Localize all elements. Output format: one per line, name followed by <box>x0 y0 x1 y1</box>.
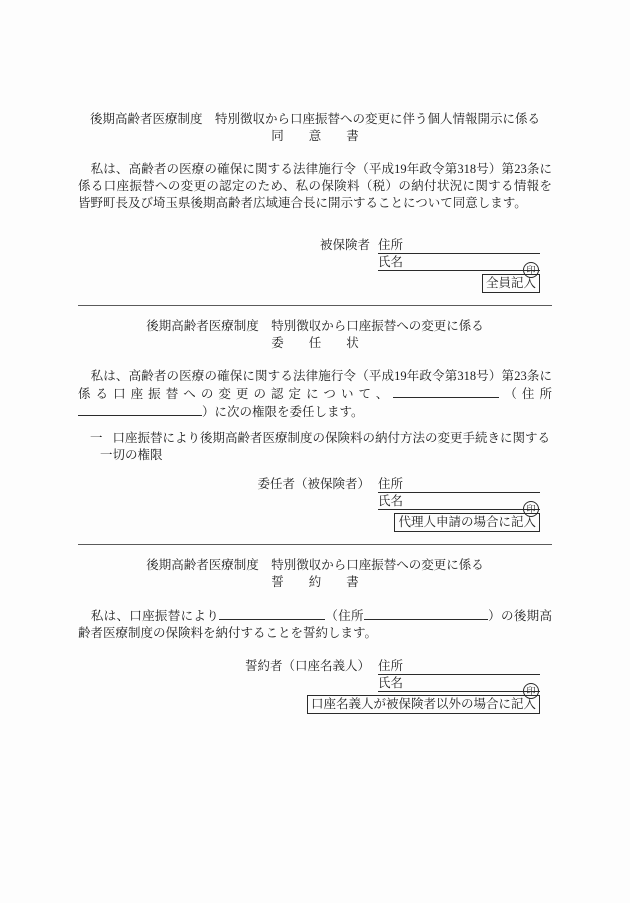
consent-title-line2: 同 意 書 <box>78 128 552 145</box>
consent-name-label: 氏名 <box>378 255 403 269</box>
poa-note-row: 代理人申請の場合に記入 <box>78 513 540 532</box>
section-power-of-attorney: 後期高齢者医療制度 特別徴収から口座振替への変更に係る 委 任 状 私は、高齢者… <box>78 318 552 532</box>
poa-proxy-name-blank-field <box>393 385 499 398</box>
consent-signer-fields: 住所 氏名 印 <box>378 237 540 271</box>
poa-name-field: 氏名 印 <box>378 493 540 510</box>
consent-paragraph: 私は、高齢者の医療の確保に関する法律施行令（平成19年政令第318号）第23条に… <box>78 161 552 212</box>
poa-signer-block: 委任者（被保険者） 住所 氏名 印 <box>78 476 540 510</box>
poa-title-line1: 後期高齢者医療制度 特別徴収から口座振替への変更に係る <box>78 318 552 335</box>
consent-address-field: 住所 <box>378 237 540 254</box>
pledge-signer-fields: 住所 氏名 印 <box>378 658 540 692</box>
pledge-note-row: 口座名義人が被保険者以外の場合に記入 <box>78 695 540 714</box>
seal-stamp-icon: 印 <box>523 501 539 517</box>
pledge-note-box: 口座名義人が被保険者以外の場合に記入 <box>307 695 540 714</box>
pledge-name-field: 氏名 印 <box>378 675 540 692</box>
pledge-signer-block: 誓約者（口座名義人） 住所 氏名 印 <box>78 658 540 692</box>
consent-address-label: 住所 <box>378 238 403 252</box>
document-page: 後期高齢者医療制度 特別徴収から口座振替への変更に伴う個人情報開示に係る 同 意… <box>0 0 630 903</box>
poa-address-label: 住所 <box>378 477 403 491</box>
pledge-insured-address-blank-field <box>364 607 488 620</box>
pledge-insured-name-blank-field <box>219 607 325 620</box>
divider-2 <box>78 544 552 545</box>
seal-stamp-icon: 印 <box>523 683 539 699</box>
divider-1 <box>78 305 552 306</box>
pledge-signer-label: 誓約者（口座名義人） <box>245 658 370 692</box>
poa-note-box: 代理人申請の場合に記入 <box>394 513 540 532</box>
poa-title-line2: 委 任 状 <box>78 335 552 352</box>
poa-paragraph: 私は、高齢者の医療の確保に関する法律施行令（平成19年政令第318号）第23条に… <box>78 368 552 421</box>
seal-stamp-icon: 印 <box>523 262 539 278</box>
pledge-title-line1: 後期高齢者医療制度 特別徴収から口座振替への変更に係る <box>78 557 552 574</box>
consent-title-line1: 後期高齢者医療制度 特別徴収から口座振替への変更に伴う個人情報開示に係る <box>78 111 552 128</box>
poa-paragraph-text-2: （住所 <box>499 387 552 401</box>
pledge-address-label: 住所 <box>378 659 403 673</box>
poa-paragraph-text-3: ）に次の権限を委任します。 <box>202 405 364 419</box>
consent-name-field: 氏名 印 <box>378 254 540 271</box>
poa-signer-label: 委任者（被保険者） <box>257 476 370 510</box>
pledge-paragraph-text-1: 私は、口座振替により <box>78 609 219 623</box>
consent-signer-label: 被保険者 <box>320 237 370 271</box>
pledge-name-label: 氏名 <box>378 676 403 690</box>
consent-signer-block: 被保険者 住所 氏名 印 <box>78 237 540 271</box>
consent-note-row: 全員記入 <box>78 274 540 293</box>
pledge-title-line2: 誓 約 書 <box>78 574 552 591</box>
poa-delegated-power-item: 一口座振替により後期高齢者医療制度の保険料の納付方法の変更手続きに関する一切の権… <box>78 430 552 464</box>
poa-list-text: 口座振替により後期高齢者医療制度の保険料の納付方法の変更手続きに関する一切の権限 <box>100 431 550 462</box>
pledge-paragraph-text-2: （住所 <box>325 609 364 623</box>
section-pledge: 後期高齢者医療制度 特別徴収から口座振替への変更に係る 誓 約 書 私は、口座振… <box>78 557 552 714</box>
pledge-address-field: 住所 <box>378 658 540 675</box>
poa-signer-fields: 住所 氏名 印 <box>378 476 540 510</box>
pledge-paragraph: 私は、口座振替により（住所）の後期高齢者医療制度の保険料を納付することを誓約しま… <box>78 607 552 642</box>
poa-address-field: 住所 <box>378 476 540 493</box>
poa-name-label: 氏名 <box>378 494 403 508</box>
poa-proxy-address-blank-field <box>78 403 202 416</box>
section-consent: 後期高齢者医療制度 特別徴収から口座振替への変更に伴う個人情報開示に係る 同 意… <box>78 111 552 293</box>
poa-list-marker: 一 <box>90 431 103 445</box>
